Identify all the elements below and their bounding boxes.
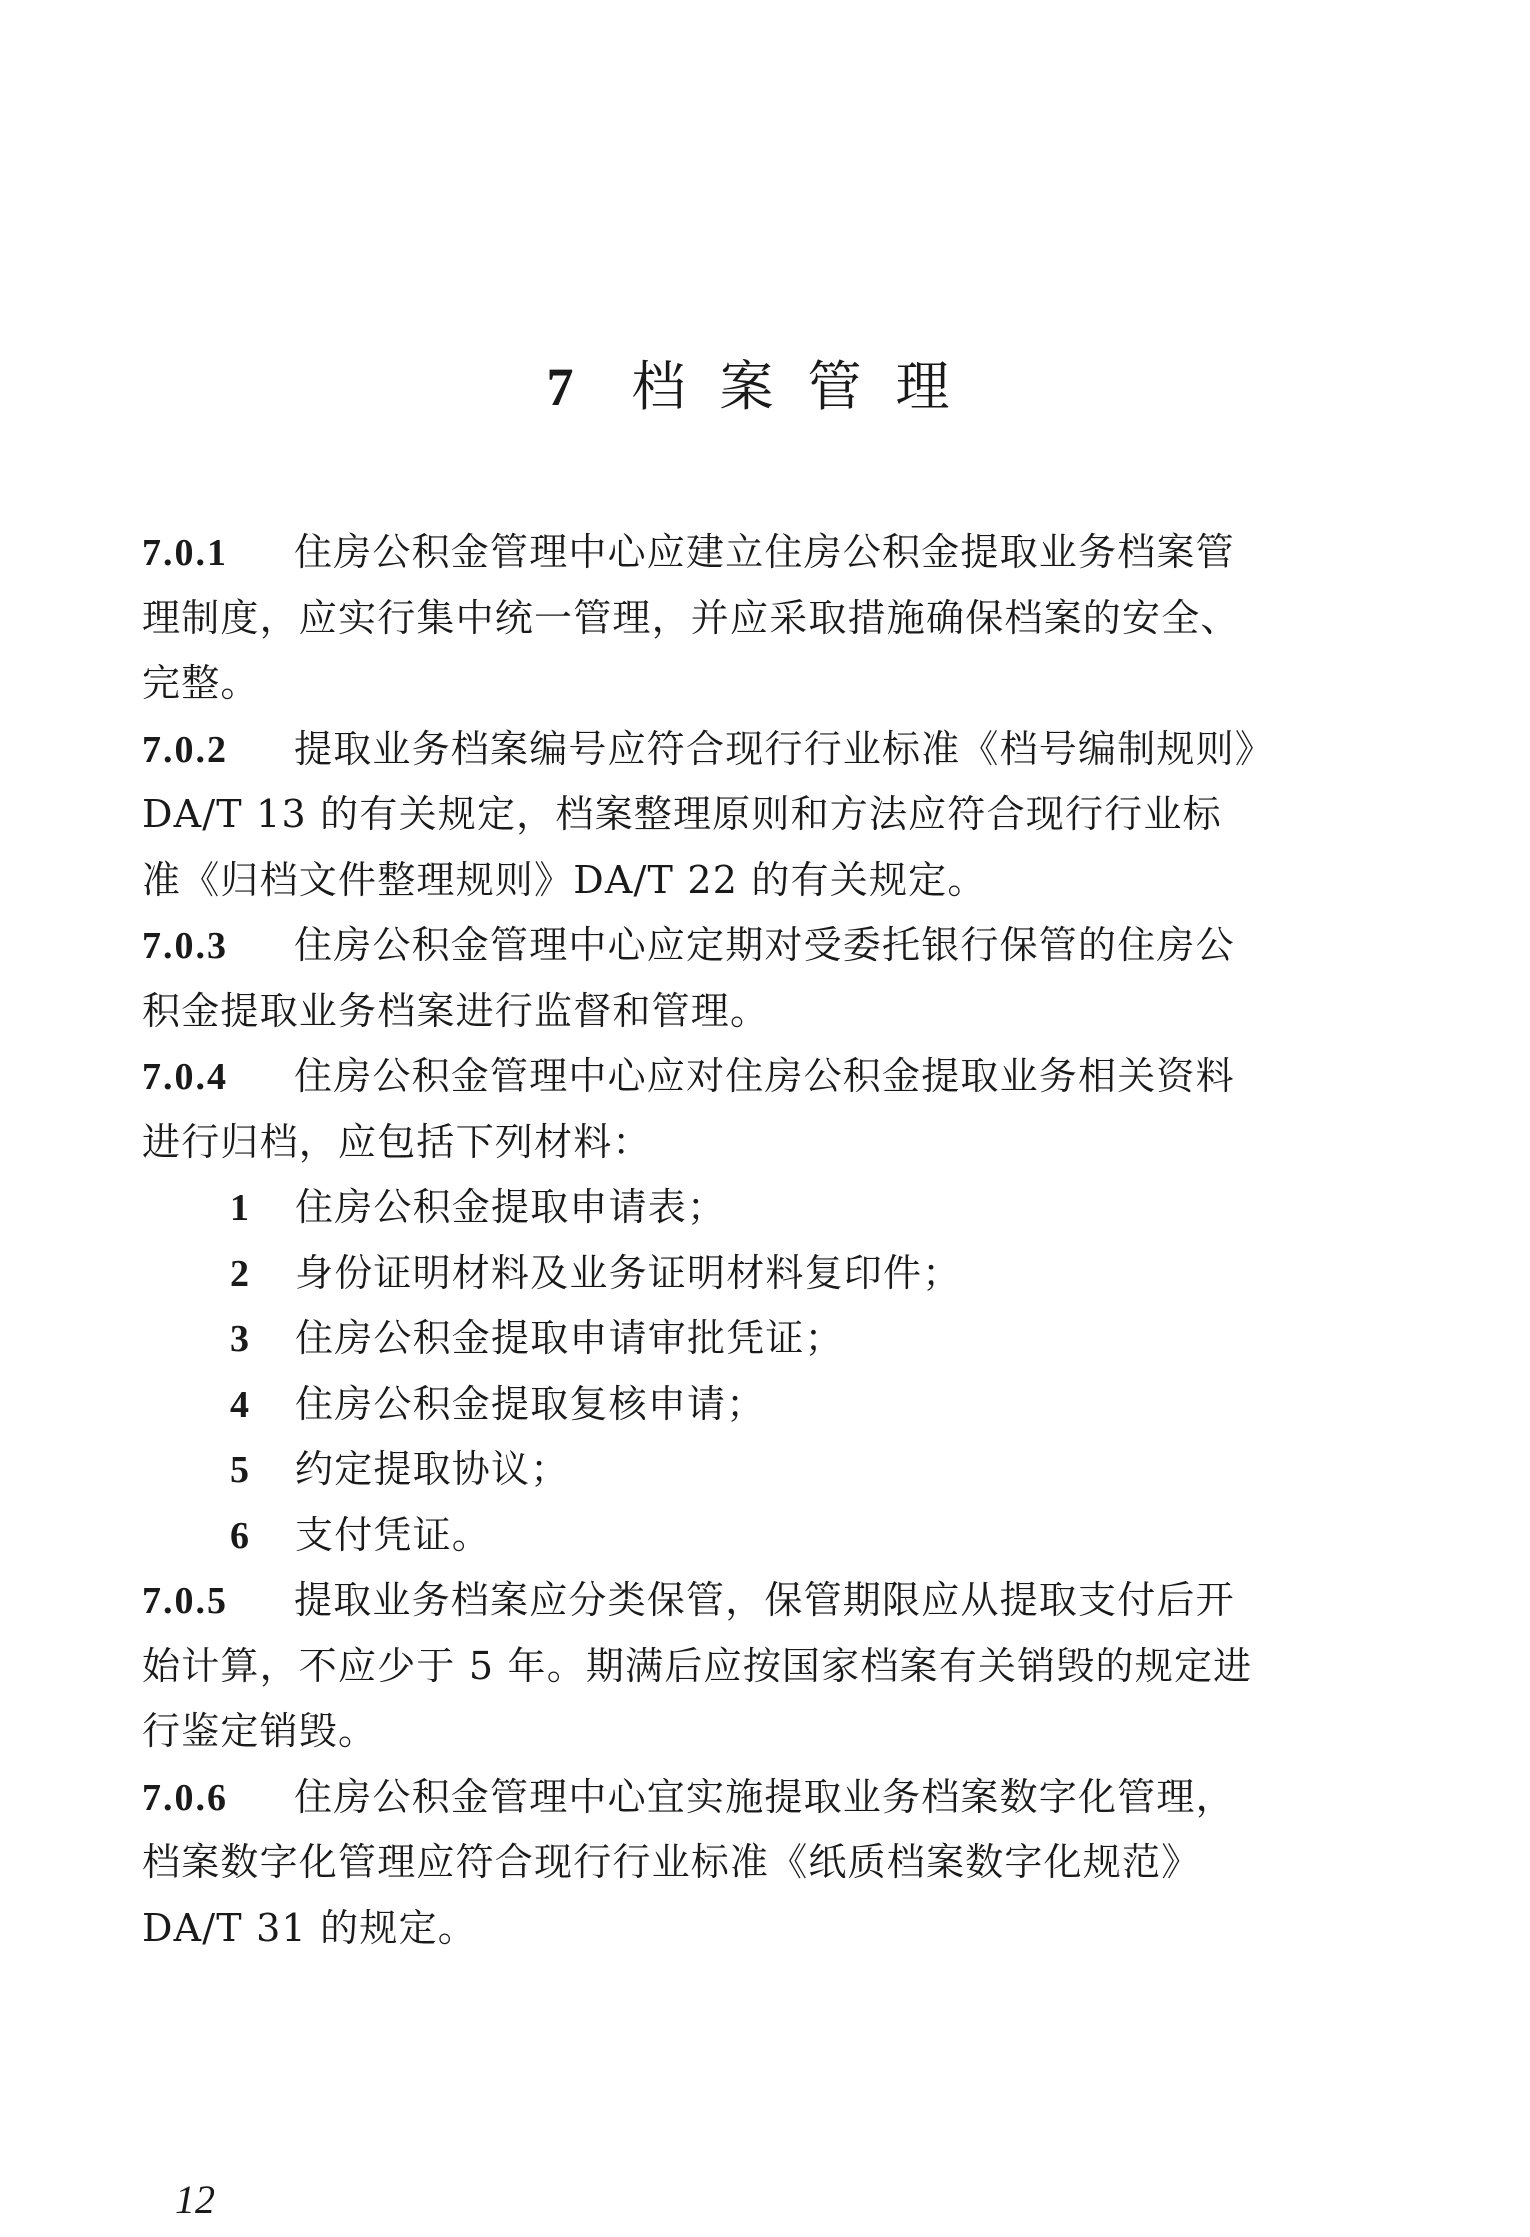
document-page: 7档案管理 7.0.1住房公积金管理中心应建立住房公积金提取业务档案管 理制度，…	[0, 0, 1530, 2237]
clause-line: 行鉴定销毁。	[142, 1699, 1372, 1765]
list-item-number: 4	[230, 1373, 295, 1439]
clause-number: 7.0.5	[142, 1569, 294, 1635]
clause-7-0-2: 7.0.2提取业务档案编号应符合现行行业标准《档号编制规则》 DA/T 13 的…	[142, 717, 1372, 914]
clause-7-0-6: 7.0.6住房公积金管理中心宜实施提取业务档案数字化管理， 档案数字化管理应符合…	[142, 1765, 1372, 1962]
clause-text: 住房公积金管理中心宜实施提取业务档案数字化管理，	[294, 1775, 1235, 1819]
clause-line: 理制度，应实行集中统一管理，并应采取措施确保档案的安全、	[142, 586, 1372, 652]
list-item: 1住房公积金提取申请表；	[142, 1175, 1372, 1241]
list-item-number: 2	[230, 1242, 295, 1308]
clause-line: 7.0.2提取业务档案编号应符合现行行业标准《档号编制规则》	[142, 717, 1372, 783]
clause-text: 住房公积金管理中心应对住房公积金提取业务相关资料	[294, 1054, 1235, 1098]
clause-line: 准《归档文件整理规则》DA/T 22 的有关规定。	[142, 848, 1372, 914]
chapter-number: 7	[547, 357, 574, 417]
clause-number: 7.0.2	[142, 718, 294, 784]
list-item: 3住房公积金提取申请审批凭证；	[142, 1306, 1372, 1372]
clause-line: 7.0.4住房公积金管理中心应对住房公积金提取业务相关资料	[142, 1044, 1372, 1110]
chapter-title: 7档案管理	[0, 352, 1530, 422]
list-item-text: 住房公积金提取申请表；	[295, 1185, 726, 1229]
clause-line: 始计算，不应少于 5 年。期满后应按国家档案有关销毁的规定进	[142, 1634, 1372, 1700]
list-item-number: 1	[230, 1176, 295, 1242]
clause-7-0-3: 7.0.3住房公积金管理中心应定期对受委托银行保管的住房公 积金提取业务档案进行…	[142, 913, 1372, 1044]
clause-number: 7.0.6	[142, 1766, 294, 1832]
list-item: 4住房公积金提取复核申请；	[142, 1372, 1372, 1438]
clause-line: 进行归档，应包括下列材料：	[142, 1110, 1372, 1176]
clause-number: 7.0.1	[142, 521, 294, 587]
clause-line: 积金提取业务档案进行监督和管理。	[142, 979, 1372, 1045]
list-item-text: 住房公积金提取申请审批凭证；	[295, 1316, 844, 1360]
clause-7-0-5: 7.0.5提取业务档案应分类保管，保管期限应从提取支付后开 始计算，不应少于 5…	[142, 1568, 1372, 1765]
clause-7-0-4: 7.0.4住房公积金管理中心应对住房公积金提取业务相关资料 进行归档，应包括下列…	[142, 1044, 1372, 1568]
clause-7-0-1: 7.0.1住房公积金管理中心应建立住房公积金提取业务档案管 理制度，应实行集中统…	[142, 520, 1372, 717]
list-item-number: 5	[230, 1438, 295, 1504]
clause-line: 7.0.1住房公积金管理中心应建立住房公积金提取业务档案管	[142, 520, 1372, 586]
chapter-name: 档案管理	[632, 355, 984, 418]
clause-text: 住房公积金管理中心应建立住房公积金提取业务档案管	[294, 530, 1235, 574]
clause-number: 7.0.4	[142, 1045, 294, 1111]
clause-line: 档案数字化管理应符合现行行业标准《纸质档案数字化规范》	[142, 1830, 1372, 1896]
clause-line: 7.0.3住房公积金管理中心应定期对受委托银行保管的住房公	[142, 913, 1372, 979]
list-item-text: 身份证明材料及业务证明材料复印件；	[295, 1251, 961, 1295]
list-item-text: 约定提取协议；	[295, 1447, 569, 1491]
list-item: 6支付凭证。	[142, 1503, 1372, 1569]
clause-line: 完整。	[142, 651, 1372, 717]
clause-line: DA/T 31 的规定。	[142, 1896, 1372, 1962]
list-item-number: 6	[230, 1504, 295, 1570]
clause-text: 住房公积金管理中心应定期对受委托银行保管的住房公	[294, 923, 1235, 967]
document-body: 7.0.1住房公积金管理中心应建立住房公积金提取业务档案管 理制度，应实行集中统…	[142, 520, 1372, 1961]
list-item-text: 支付凭证。	[295, 1513, 491, 1557]
clause-text: 提取业务档案应分类保管，保管期限应从提取支付后开	[294, 1578, 1235, 1622]
list-item: 2身份证明材料及业务证明材料复印件；	[142, 1241, 1372, 1307]
clause-line: 7.0.5提取业务档案应分类保管，保管期限应从提取支付后开	[142, 1568, 1372, 1634]
page-number: 12	[175, 2175, 215, 2225]
clause-number: 7.0.3	[142, 914, 294, 980]
list-item: 5约定提取协议；	[142, 1437, 1372, 1503]
list-item-number: 3	[230, 1307, 295, 1373]
clause-text: 提取业务档案编号应符合现行行业标准《档号编制规则》	[294, 727, 1274, 771]
clause-line: DA/T 13 的有关规定，档案整理原则和方法应符合现行行业标	[142, 782, 1372, 848]
list-item-text: 住房公积金提取复核申请；	[295, 1382, 765, 1426]
clause-line: 7.0.6住房公积金管理中心宜实施提取业务档案数字化管理，	[142, 1765, 1372, 1831]
